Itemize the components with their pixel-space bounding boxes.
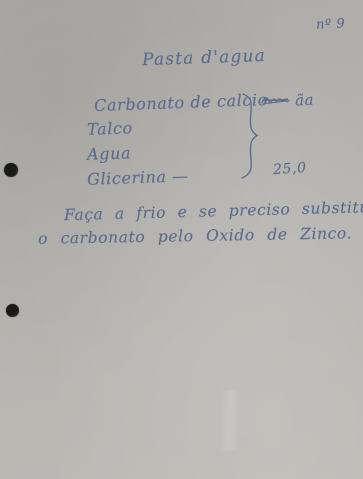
ingredient-glicerina: Glicerina — [87,166,189,189]
dose-equal-parts-label: ãa [295,91,315,110]
punch-hole-top-icon [4,163,18,177]
strikeout-scribble-icon [261,94,291,107]
dose-value: 25,0 [272,160,307,178]
page-number: nº 9 [315,16,345,32]
ingredient-agua: Agua [87,143,132,164]
scanned-recipe-page: nº 9 Pasta d'agua Carbonato de calcio Ta… [0,0,363,479]
ingredient-talco: Talco [87,118,133,139]
punch-hole-bottom-icon [6,304,19,317]
